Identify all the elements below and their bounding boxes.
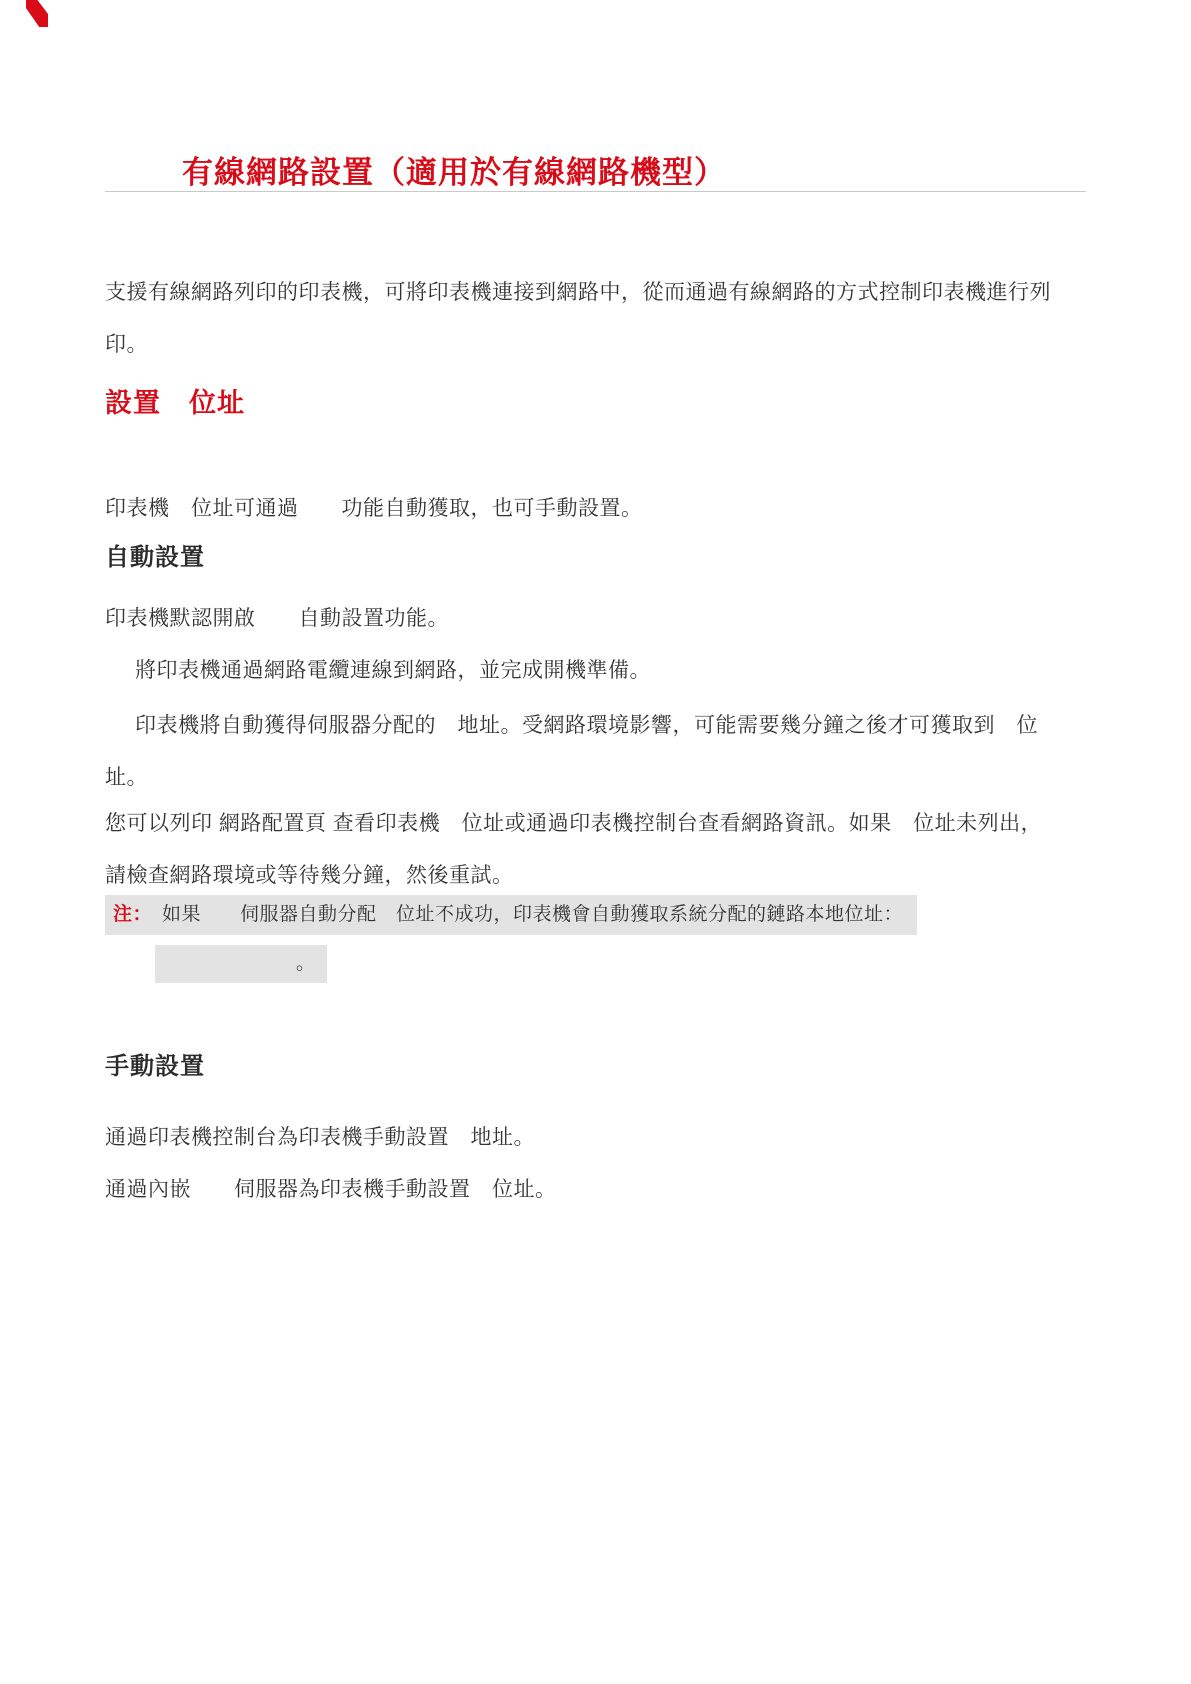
note-label: 注： (113, 904, 143, 925)
subsection-heading-manual-setup: 手動設置 (105, 1050, 205, 1084)
ip-section-lead: 印表機 位址可通過 功能自動獲取，也可手動設置。 (105, 486, 643, 532)
title-divider (105, 191, 1086, 192)
section-heading-set-ip-address: 設置 位址 (105, 384, 245, 422)
auto-setup-paragraph: 您可以列印 網路配置頁 查看印表機 位址或通過印表機控制台查看網路資訊。如果 位… (105, 798, 1050, 902)
manual-setup-line-2: 通過內嵌 伺服器為印表機手動設置 位址。 (105, 1167, 557, 1213)
manual-page: 有線網路設置（適用於有線網路機型） 支援有線網路列印的印表機，可將印表機連接到網… (0, 0, 1191, 1684)
note-address-placeholder: 。 (155, 945, 327, 983)
note-block: 注： 如果 伺服器自動分配 位址不成功，印表機會自動獲取系統分配的鏈路本地位址： (105, 895, 917, 935)
subsection-heading-auto-setup: 自動設置 (105, 541, 205, 575)
auto-setup-step-2: 印表機將自動獲得伺服器分配的 地址。受網路環境影響，可能需要幾分鐘之後才可獲取到… (105, 700, 1045, 804)
auto-setup-line: 印表機默認開啟 自動設置功能。 (105, 596, 449, 642)
page-corner-red-mark (26, 0, 48, 27)
auto-setup-step-1: 將印表機通過網路電纜連線到網路，並完成開機準備。 (135, 648, 651, 694)
page-title: 有線網路設置（適用於有線網路機型） (182, 154, 726, 193)
intro-paragraph: 支援有線網路列印的印表機，可將印表機連接到網路中，從而通過有線網路的方式控制印表… (105, 267, 1060, 371)
note-text: 如果 伺服器自動分配 位址不成功，印表機會自動獲取系統分配的鏈路本地位址： (143, 904, 904, 925)
manual-setup-line-1: 通過印表機控制台為印表機手動設置 地址。 (105, 1115, 535, 1161)
